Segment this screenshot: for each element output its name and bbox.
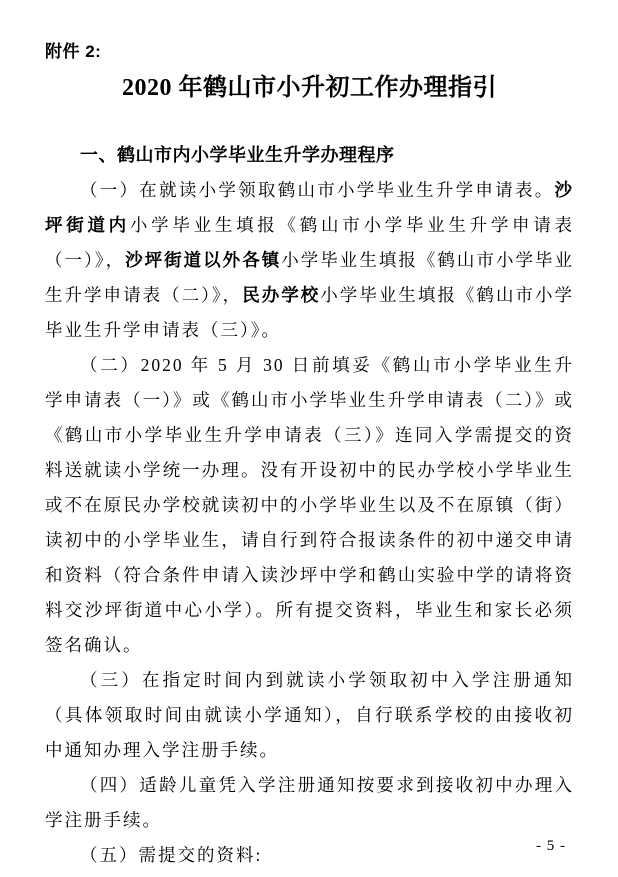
document-body: （一）在就读小学领取鹤山市小学毕业生升学申请表。沙坪街道内小学毕业生填报《鹤山市… — [45, 173, 574, 873]
paragraph: （五）需提交的资料: — [45, 838, 574, 873]
text-segment: （五）需提交的资料: — [80, 845, 262, 865]
section-heading: 一、鹤山市内小学毕业生升学办理程序 — [45, 138, 574, 173]
attachment-label: 附件 2: — [45, 42, 574, 62]
text-segment: （三）在指定时间内到就读小学领取初中入学注册通知（具体领取时间由就读小学通知），… — [45, 670, 574, 760]
paragraph: （三）在指定时间内到就读小学领取初中入学注册通知（具体领取时间由就读小学通知），… — [45, 663, 574, 768]
text-segment: （四）适龄儿童凭入学注册通知按要求到接收初中办理入学注册手续。 — [45, 775, 574, 830]
bold-text-segment: 沙坪街道以外各镇 — [125, 250, 281, 270]
text-segment: （一）在就读小学领取鹤山市小学毕业生升学申请表。 — [80, 180, 555, 200]
bold-text-segment: 民办学校 — [242, 285, 320, 305]
paragraph: （一）在就读小学领取鹤山市小学毕业生升学申请表。沙坪街道内小学毕业生填报《鹤山市… — [45, 173, 574, 348]
paragraph: （四）适龄儿童凭入学注册通知按要求到接收初中办理入学注册手续。 — [45, 768, 574, 838]
document-page: 附件 2: 2020 年鹤山市小升初工作办理指引 一、鹤山市内小学毕业生升学办理… — [0, 0, 618, 877]
page-number: - 5 - — [536, 838, 566, 855]
paragraph: （二）2020 年 5 月 30 日前填妥《鹤山市小学毕业生升学申请表（一）》或… — [45, 348, 574, 663]
text-segment: （二）2020 年 5 月 30 日前填妥《鹤山市小学毕业生升学申请表（一）》或… — [45, 355, 574, 655]
document-title: 2020 年鹤山市小升初工作办理指引 — [45, 72, 574, 104]
